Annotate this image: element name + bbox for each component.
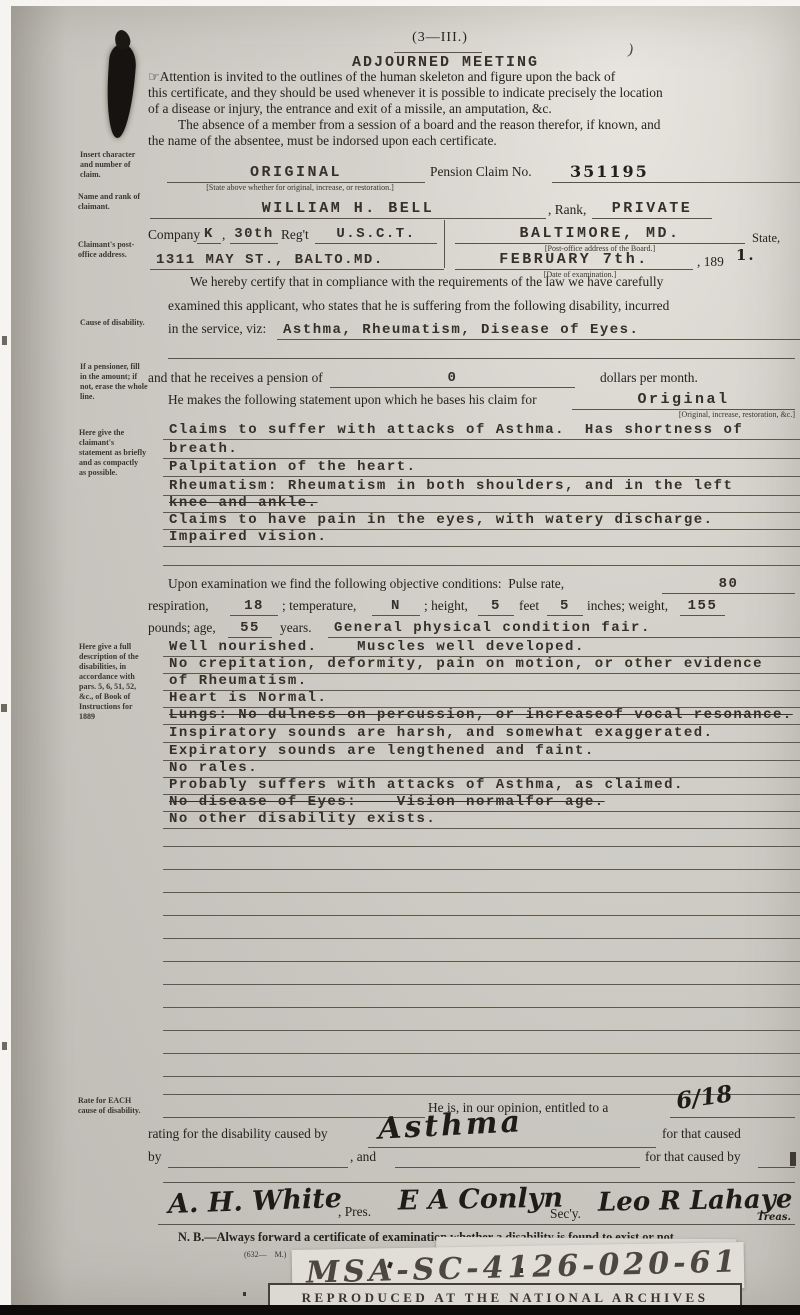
respiration-field: 18 bbox=[230, 594, 278, 616]
pulse-value: 80 bbox=[719, 576, 739, 592]
pension-before-label: and that he receives a pension of bbox=[148, 370, 323, 386]
exam-date-field: FEBRUARY 7th. bbox=[455, 248, 693, 270]
pension-after-label: dollars per month. bbox=[600, 370, 698, 386]
weight-label: inches; weight, bbox=[587, 598, 668, 614]
certify-line-1: We hereby certify that in compliance wit… bbox=[190, 274, 663, 290]
height-inches-field: 5 bbox=[547, 594, 583, 616]
findings-row: No disease of Eyes: Vision normalfor age… bbox=[163, 794, 800, 812]
temperature-value: N bbox=[391, 598, 401, 614]
pension-amount-field: 0 bbox=[330, 366, 575, 388]
weight-field: 155 bbox=[680, 594, 725, 616]
margin-label-pension: If a pensioner, fill in the amount; if n… bbox=[80, 362, 148, 402]
statement-row: Rheumatism: Rheumatism in both shoulders… bbox=[163, 475, 800, 496]
certify-line-2: examined this applicant, who states that… bbox=[168, 298, 669, 314]
disabilities-value: Asthma, Rheumatism, Disease of Eyes. bbox=[283, 322, 639, 338]
rating-value-rule bbox=[670, 1098, 795, 1118]
attention-line-2: this certificate, and they should be use… bbox=[148, 85, 663, 101]
blank-row bbox=[163, 1030, 800, 1054]
rank-label: , Rank, bbox=[548, 202, 586, 218]
rating-for-that-1: for that caused bbox=[662, 1126, 741, 1142]
findings-row: Inspiratory sounds are harsh, and somewh… bbox=[163, 724, 800, 743]
claim-type-value: ORIGINAL bbox=[250, 164, 342, 181]
board-po-field: BALTIMORE, MD. bbox=[455, 222, 745, 244]
attention-line-3: of a disease or injury, the entrance and… bbox=[148, 101, 552, 117]
exam-intro: Upon examination we find the following o… bbox=[168, 576, 564, 592]
statement-line-6: Claims to have pain in the eyes, with wa… bbox=[169, 512, 714, 528]
findings-line-9: Probably suffers with attacks of Asthma,… bbox=[169, 777, 684, 793]
pension-claim-no-field: 351195 bbox=[552, 158, 800, 183]
scan-edge-left bbox=[0, 0, 11, 1315]
findings-row: No rales. bbox=[163, 760, 800, 778]
findings-row: No other disability exists. bbox=[163, 811, 800, 829]
board-po-value: BALTIMORE, MD. bbox=[519, 225, 680, 242]
regt-label: Reg't bbox=[281, 227, 309, 243]
scan-edge-mark bbox=[790, 1152, 796, 1166]
statement-line-5: knee and ankle. bbox=[169, 495, 318, 511]
state-label: State, bbox=[752, 231, 780, 246]
claim-type-field: ORIGINAL bbox=[167, 160, 425, 183]
height-inches-value: 5 bbox=[560, 598, 570, 614]
respiration-value: 18 bbox=[244, 598, 264, 614]
blank-row bbox=[163, 846, 800, 870]
company-field: K bbox=[197, 222, 221, 244]
findings-row: Heart is Normal. bbox=[163, 690, 800, 708]
blank-row bbox=[163, 828, 800, 847]
temperature-field: N bbox=[372, 594, 420, 616]
claim-basis-note: [Original, increase, restoration, &c.] bbox=[600, 410, 795, 419]
scan-bottom-bar bbox=[0, 1305, 800, 1315]
unit-value: U.S.C.T. bbox=[336, 226, 415, 242]
margin-label-rate: Rate for EACH cause of disability. bbox=[78, 1096, 146, 1116]
findings-line-2: No crepitation, deformity, pain on motio… bbox=[169, 656, 763, 672]
statement-line-3: Palpitation of the heart. bbox=[169, 459, 417, 475]
findings-line-1: Well nourished. Muscles well developed. bbox=[169, 639, 585, 655]
blank-row bbox=[163, 961, 800, 985]
blank-row bbox=[163, 938, 800, 962]
statement-blank-row bbox=[163, 548, 800, 566]
findings-line-8: No rales. bbox=[169, 760, 258, 776]
age-label: pounds; age, bbox=[148, 620, 216, 636]
blank-row bbox=[163, 915, 800, 939]
statement-row: Impaired vision. bbox=[163, 528, 800, 547]
statement-line-4: Rheumatism: Rheumatism in both shoulders… bbox=[169, 478, 733, 494]
claimant-name-value: WILLIAM H. BELL bbox=[262, 200, 435, 217]
statement-line-2: breath. bbox=[169, 441, 238, 457]
condition-value: General physical condition fair. bbox=[334, 620, 651, 636]
claim-type-note: [State above whether for original, incre… bbox=[175, 183, 425, 192]
age-field: 55 bbox=[228, 616, 272, 638]
years-label: years. bbox=[280, 620, 312, 636]
blank-row bbox=[163, 984, 800, 1008]
year-prefix: , 189 bbox=[697, 254, 724, 270]
scan-speck bbox=[243, 1292, 246, 1296]
unit-field: U.S.C.T. bbox=[315, 222, 437, 244]
blank-row bbox=[163, 869, 800, 893]
secretary-signature: E A Conlyn bbox=[398, 1183, 564, 1217]
president-signature: A. H. White bbox=[168, 1183, 343, 1220]
blank-row bbox=[163, 892, 800, 916]
age-value: 55 bbox=[240, 620, 260, 636]
statement-row: Palpitation of the heart. bbox=[163, 457, 800, 477]
findings-line-6: Inspiratory sounds are harsh, and somewh… bbox=[169, 725, 714, 741]
claim-basis-intro: He makes the following statement upon wh… bbox=[168, 392, 537, 408]
findings-row: Probably suffers with attacks of Asthma,… bbox=[163, 777, 800, 795]
company-value: K bbox=[204, 226, 214, 242]
scan-edge-mark bbox=[2, 1042, 7, 1050]
blank-rule-1 bbox=[168, 340, 795, 359]
margin-label-claim: Insert character and number of claim. bbox=[80, 150, 148, 180]
form-number-rule bbox=[394, 34, 482, 53]
company-label: Company bbox=[148, 227, 200, 243]
margin-label-description: Here give a full description of the disa… bbox=[79, 642, 147, 722]
findings-row: No crepitation, deformity, pain on motio… bbox=[163, 656, 800, 674]
pointer-hand-icon: ☞ bbox=[148, 70, 160, 85]
claimant-name-field: WILLIAM H. BELL bbox=[150, 196, 546, 219]
year-suffix: 1. bbox=[736, 246, 756, 264]
margin-label-address: Claimant's post-office address. bbox=[78, 240, 146, 260]
blank-rule-2 bbox=[163, 1162, 795, 1183]
findings-line-11: No other disability exists. bbox=[169, 811, 436, 827]
column-divider bbox=[444, 220, 445, 268]
scan-speck bbox=[520, 1268, 523, 1273]
pension-claim-label: Pension Claim No. bbox=[430, 164, 532, 180]
findings-line-10: No disease of Eyes: Vision normalfor age… bbox=[169, 794, 605, 810]
certify-viz-label: in the service, viz: bbox=[168, 321, 266, 337]
scan-edge-mark bbox=[2, 336, 7, 345]
scan-edge-mark bbox=[1, 704, 7, 712]
statement-line-7: Impaired vision. bbox=[169, 529, 327, 545]
pulse-field: 80 bbox=[662, 572, 795, 594]
statement-row: breath. bbox=[163, 438, 800, 459]
absence-line-2: the name of the absentee, must be indors… bbox=[148, 133, 497, 149]
scanned-document-page: ) (3—III.) ADJOURNED MEETING ☞Attention … bbox=[0, 0, 800, 1315]
regiment-value: 30th bbox=[234, 226, 274, 242]
paper-left-shading bbox=[11, 0, 66, 1305]
attention-text-1: Attention is invited to the outlines of … bbox=[160, 69, 616, 84]
regiment-field: 30th bbox=[230, 222, 278, 244]
margin-label-cause: Cause of disability. bbox=[80, 318, 148, 328]
height-feet-value: 5 bbox=[491, 598, 501, 614]
attention-line-1: ☞Attention is invited to the outlines of… bbox=[148, 69, 615, 85]
margin-label-statement: Here give the claimant's statement as br… bbox=[79, 428, 147, 478]
president-title: , Pres. bbox=[338, 1204, 371, 1220]
claim-basis-field: Original bbox=[572, 388, 795, 410]
pension-claim-no-value: 351195 bbox=[570, 162, 649, 181]
margin-label-name: Name and rank of claimant. bbox=[78, 192, 146, 212]
blank-row bbox=[163, 1053, 800, 1077]
absence-line-1: The absence of a member from a session o… bbox=[178, 117, 660, 133]
findings-line-5: Lungs: No dulness on percussion, or incr… bbox=[169, 707, 793, 723]
stamp-text: REPRODUCED AT THE NATIONAL ARCHIVES bbox=[302, 1290, 709, 1306]
statement-row: Claims to suffer with attacks of Asthma.… bbox=[163, 419, 800, 440]
scan-edge-top bbox=[0, 0, 800, 6]
rating-by-label: by bbox=[148, 1149, 161, 1165]
claim-basis-value: Original bbox=[637, 391, 729, 408]
findings-row: of Rheumatism. bbox=[163, 673, 800, 691]
feet-label: feet bbox=[519, 598, 539, 614]
height-label: ; height, bbox=[424, 598, 468, 614]
respiration-label: respiration, bbox=[148, 598, 209, 614]
rating-cause-rule bbox=[368, 1128, 656, 1148]
exam-date-value: FEBRUARY 7th. bbox=[499, 251, 649, 268]
address-value: 1311 MAY ST., BALTO.MD. bbox=[156, 252, 384, 268]
disabilities-field: Asthma, Rheumatism, Disease of Eyes. bbox=[277, 317, 800, 340]
findings-row: Well nourished. Muscles well developed. bbox=[163, 639, 800, 657]
pension-amount-value: 0 bbox=[448, 370, 458, 386]
findings-line-3: of Rheumatism. bbox=[169, 673, 308, 689]
height-feet-field: 5 bbox=[478, 594, 514, 616]
company-comma: , bbox=[222, 227, 225, 243]
treasurer-title: Treas. bbox=[757, 1212, 791, 1223]
findings-row: Lungs: No dulness on percussion, or incr… bbox=[163, 707, 800, 725]
findings-row: Expiratory sounds are lengthened and fai… bbox=[163, 742, 800, 761]
rank-field: PRIVATE bbox=[592, 196, 712, 219]
rating-caused-by-label: rating for the disability caused by bbox=[148, 1126, 328, 1142]
statement-line-1: Claims to suffer with attacks of Asthma.… bbox=[169, 422, 743, 438]
blank-row bbox=[163, 1007, 800, 1031]
address-field: 1311 MAY ST., BALTO.MD. bbox=[150, 248, 444, 270]
weight-value: 155 bbox=[688, 598, 718, 614]
rank-value: PRIVATE bbox=[612, 200, 693, 217]
findings-line-7: Expiratory sounds are lengthened and fai… bbox=[169, 743, 595, 759]
findings-line-4: Heart is Normal. bbox=[169, 690, 327, 706]
temperature-label: ; temperature, bbox=[282, 598, 356, 614]
secretary-title: Sec'y. bbox=[550, 1206, 581, 1222]
condition-field: General physical condition fair. bbox=[328, 616, 800, 638]
